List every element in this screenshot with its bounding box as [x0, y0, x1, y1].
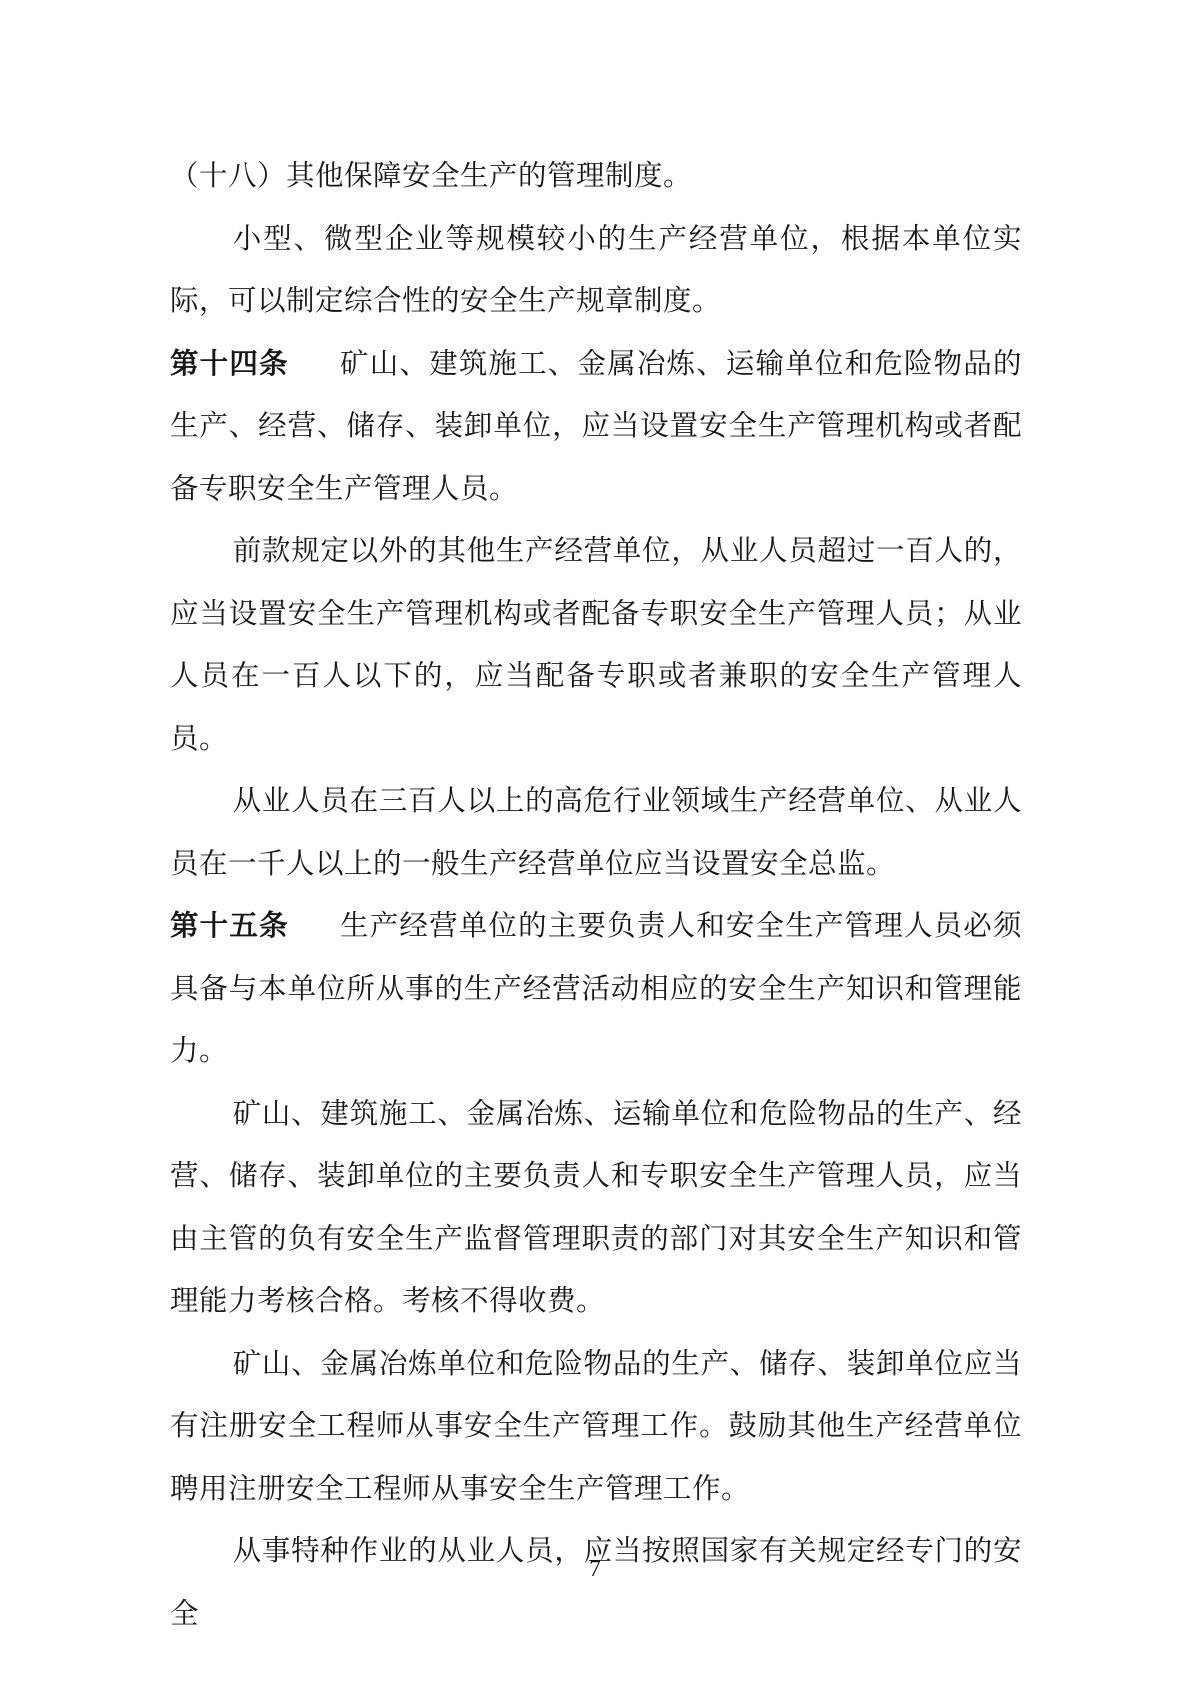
article-15-text: 生产经营单位的主要负责人和安全生产管理人员必须具备与本单位所从事的生产经营活动相… [170, 911, 1022, 1067]
page-footer: 7 [0, 1552, 1190, 1586]
document-page: { "document": { "language": "zh-CN", "te… [0, 0, 1190, 1683]
article-14-number: 第十四条 [170, 349, 289, 380]
article-15-paragraph-2: 矿山、建筑施工、金属冶炼、运输单位和危险物品的生产、经营、储存、装卸单位的主要负… [170, 1084, 1022, 1334]
article-15: 第十五条生产经营单位的主要负责人和安全生产管理人员必须具备与本单位所从事的生产经… [170, 896, 1022, 1084]
list-item-18: （十八）其他保障安全生产的管理制度。 [170, 146, 1022, 209]
page-number: 7 [589, 1556, 601, 1581]
article-15-number: 第十五条 [170, 911, 289, 942]
article-15-paragraph-3: 矿山、金属冶炼单位和危险物品的生产、储存、装卸单位应当有注册安全工程师从事安全生… [170, 1334, 1022, 1522]
document-body: （十八）其他保障安全生产的管理制度。 小型、微型企业等规模较小的生产经营单位，根… [170, 146, 1022, 1646]
paragraph-small-enterprise: 小型、微型企业等规模较小的生产经营单位，根据本单位实际，可以制定综合性的安全生产… [170, 209, 1022, 334]
article-14-paragraph-3: 从业人员在三百人以上的高危行业领域生产经营单位、从业人员在一千人以上的一般生产经… [170, 771, 1022, 896]
article-14: 第十四条矿山、建筑施工、金属冶炼、运输单位和危险物品的生产、经营、储存、装卸单位… [170, 334, 1022, 522]
article-14-text: 矿山、建筑施工、金属冶炼、运输单位和危险物品的生产、经营、储存、装卸单位，应当设… [170, 349, 1022, 505]
article-14-paragraph-2: 前款规定以外的其他生产经营单位，从业人员超过一百人的，应当设置安全生产管理机构或… [170, 521, 1022, 771]
